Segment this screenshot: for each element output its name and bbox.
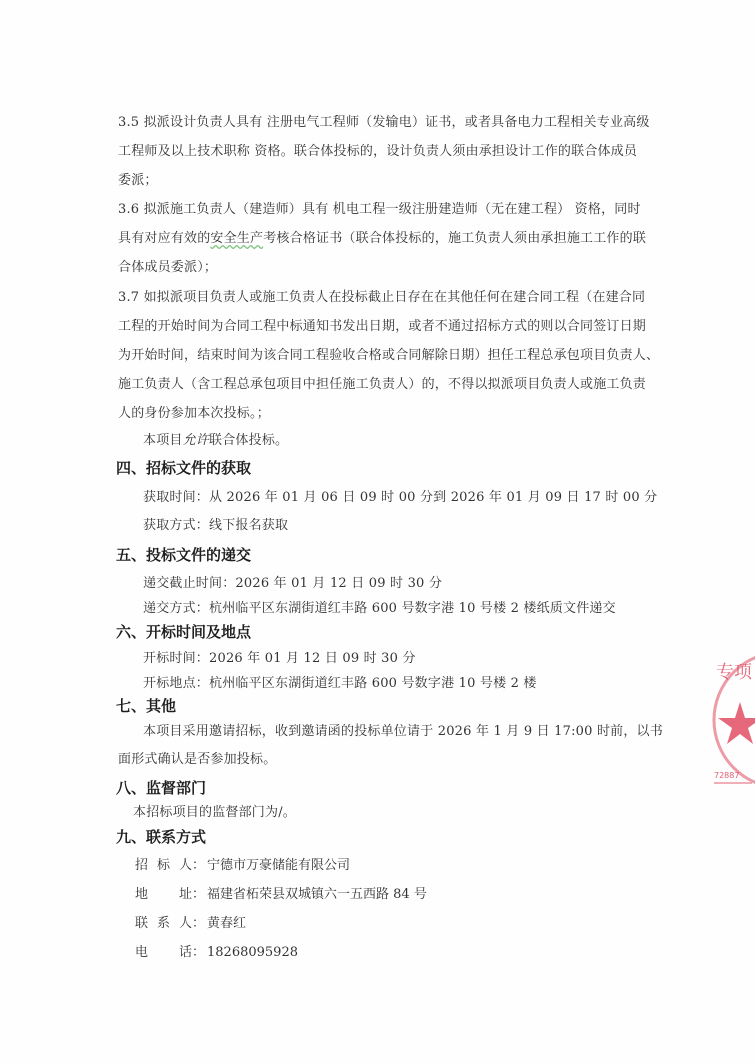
contact-value: 宁德市万豪储能有限公司 <box>207 857 350 875</box>
contact-separator: ： <box>192 886 205 904</box>
item-3-6-line-3: 合体成员委派）； <box>118 259 217 277</box>
contact-separator: ： <box>192 915 205 933</box>
contact-person: 联系人：黄春红 <box>135 915 246 933</box>
contact-separator: ： <box>192 944 205 962</box>
item-3-7-line-4: 施工负责人（含工程总承包项目中担任施工负责人）的，不得以拟派项目负责人或施工负责 <box>118 376 646 394</box>
section-8-text: 本招标项目的监督部门为/。 <box>133 804 296 822</box>
consortium-statement: 本项目允许联合体投标。 <box>143 432 288 450</box>
section-5-method: 递交方式：杭州临平区东湖街道红丰路 600 号数字港 10 号楼 2 楼纸质文件… <box>143 600 616 618</box>
section-4-time: 获取时间：从 2026 年 01 月 06 日 09 时 00 分到 2026 … <box>143 489 657 507</box>
item-3-7-line-2: 工程的开始时间为合同工程中标通知书发出日期，或者不通过招标方式的则以合同签订日期 <box>118 318 646 336</box>
contact-phone: 电话：18268095928 <box>135 944 298 962</box>
company-seal-stamp: 专项 72887 <box>712 640 755 800</box>
section-5-heading: 五、投标文件的递交 <box>116 545 251 565</box>
contact-value: 黄春红 <box>207 915 246 933</box>
consortium-prefix: 本项目 <box>143 433 183 448</box>
section-4-method: 获取方式：线下报名获取 <box>143 517 288 535</box>
item-3-5-line-2: 工程师及以上技术职称 资格。联合体投标的，设计负责人须由承担设计工作的联合体成员 <box>118 143 637 161</box>
contact-address: 地址：福建省柘荣县双城镇六一五西路 84 号 <box>135 886 427 904</box>
section-9-heading: 九、联系方式 <box>116 827 206 847</box>
section-7-line-2: 面形式确认是否参加投标。 <box>118 751 276 769</box>
item-3-6-line-1: 3.6 拟派施工负责人（建造师）具有 机电工程一级注册建造师（无在建工程） 资格… <box>118 201 641 219</box>
seal-text: 专项 <box>716 662 753 683</box>
document-page: 3.5 拟派设计负责人具有 注册电气工程师（发输电）证书，或者具备电力工程相关专… <box>0 0 755 1064</box>
section-7-line-1: 本项目采用邀请招标，收到邀请函的投标单位请于 2026 年 1 月 9 日 17… <box>143 723 663 741</box>
section-8-heading: 八、监督部门 <box>116 778 206 798</box>
spellcheck-underline: 安全生产 <box>210 231 263 246</box>
item-3-6-line-2-suffix: 考核合格证书（联合体投标的，施工负责人须由承担施工工作的联 <box>263 231 646 246</box>
seal-icon: 专项 72887 <box>712 640 755 800</box>
item-3-7-line-1: 3.7 如拟派项目负责人或施工负责人在投标截止日存在在其他任何在建合同工程（在建… <box>118 289 645 307</box>
section-7-heading: 七、其他 <box>116 696 176 716</box>
contact-label: 招标人 <box>135 857 192 875</box>
consortium-suffix: 联合体投标。 <box>209 433 288 448</box>
contact-bidder: 招标人：宁德市万豪储能有限公司 <box>135 857 350 875</box>
consortium-emphasis: 允许 <box>183 433 209 448</box>
section-5-deadline: 递交截止时间：2026 年 01 月 12 日 09 时 30 分 <box>143 575 442 593</box>
contact-label: 电话 <box>135 944 192 962</box>
item-3-6-line-2: 具有对应有效的安全生产考核合格证书（联合体投标的，施工负责人须由承担施工工作的联 <box>118 230 646 248</box>
item-3-5-line-3: 委派； <box>118 172 158 190</box>
contact-value: 18268095928 <box>207 944 298 962</box>
contact-label: 联系人 <box>135 915 192 933</box>
section-6-place: 开标地点：杭州临平区东湖街道红丰路 600 号数字港 10 号楼 2 楼 <box>143 675 537 693</box>
section-6-time: 开标时间：2026 年 01 月 12 日 09 时 30 分 <box>143 650 416 668</box>
contact-value: 福建省柘荣县双城镇六一五西路 84 号 <box>207 886 427 904</box>
contact-label: 地址 <box>135 886 192 904</box>
seal-number: 72887 <box>714 771 739 780</box>
section-4-heading: 四、招标文件的获取 <box>116 458 251 478</box>
item-3-7-line-3: 为开始时间，结束时间为该合同工程验收合格或合同解除日期）担任工程总承包项目负责人… <box>118 347 659 365</box>
section-6-heading: 六、开标时间及地点 <box>116 622 251 642</box>
item-3-5-line-1: 3.5 拟派设计负责人具有 注册电气工程师（发输电）证书，或者具备电力工程相关专… <box>118 114 650 132</box>
item-3-7-line-5: 人的身份参加本次投标。； <box>118 405 270 423</box>
contact-separator: ： <box>192 857 205 875</box>
item-3-6-line-2-prefix: 具有对应有效的 <box>118 231 210 246</box>
